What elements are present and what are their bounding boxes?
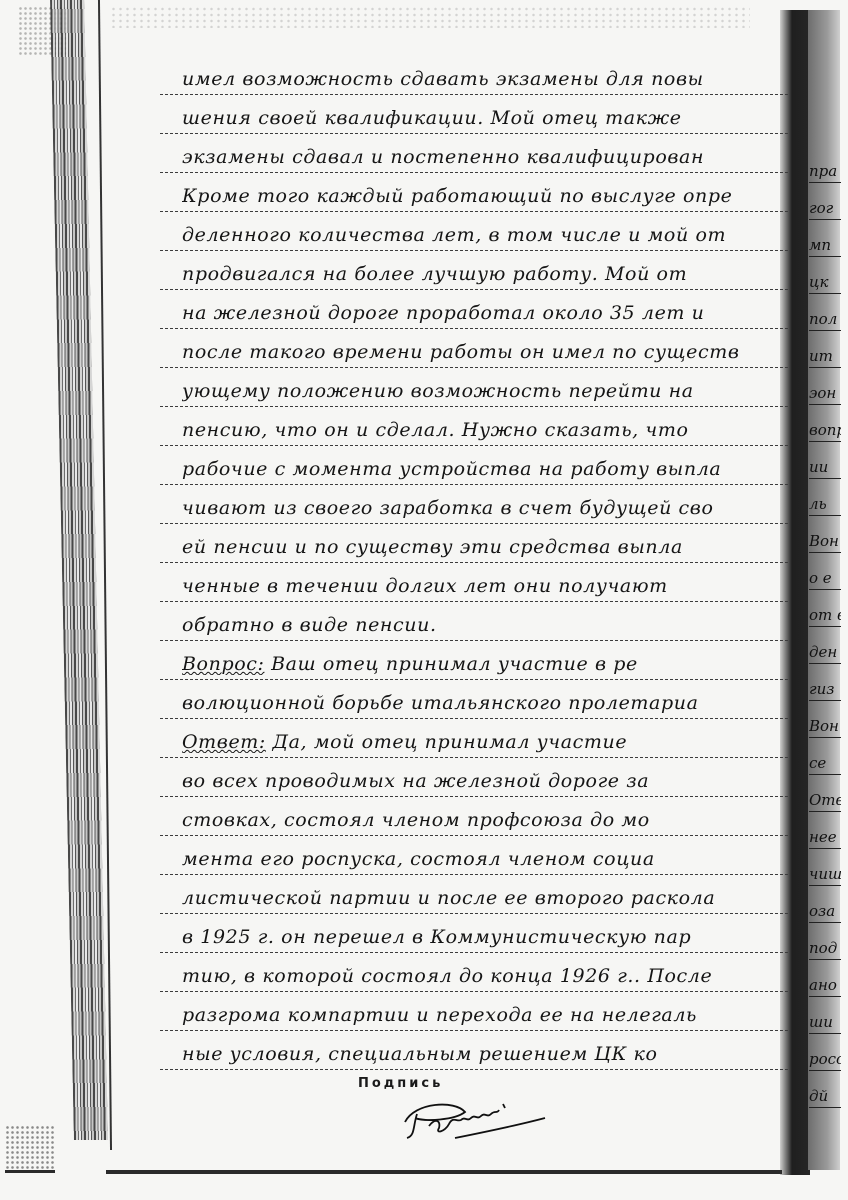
text-line: экзамены сдавал и постепенно квалифициро… bbox=[160, 134, 788, 173]
question-answer-label: Вопрос: bbox=[182, 653, 264, 675]
line-content: разгрома компартии и перехода ее на неле… bbox=[182, 1004, 697, 1026]
handwritten-line-text: Вопрос: Ваш отец принимал участие в ре bbox=[182, 653, 788, 675]
line-content: ные условия, специальным решением ЦК ко bbox=[182, 1043, 658, 1065]
line-content: имел возможность сдавать экзамены для по… bbox=[182, 68, 704, 90]
text-line: рабочие с момента устройства на работу в… bbox=[160, 446, 788, 485]
line-content: после такого времени работы он имел по с… bbox=[182, 341, 740, 363]
adjacent-page-fragment: мп bbox=[809, 234, 841, 257]
handwritten-line-text: в 1925 г. он перешел в Коммунистическую … bbox=[182, 926, 788, 948]
handwritten-line-text: волюционной борьбе итальянского пролетар… bbox=[182, 692, 788, 714]
handwritten-text-block: имел возможность сдавать экзамены для по… bbox=[160, 56, 788, 1070]
adjacent-page-fragment: чиш bbox=[809, 863, 841, 886]
adjacent-page-fragment: ль bbox=[809, 493, 841, 516]
text-line: мента его роспуска, состоял членом социа bbox=[160, 836, 788, 875]
line-content: шения своей квалификации. Мой отец также bbox=[182, 107, 682, 129]
handwritten-line-text: после такого времени работы он имел по с… bbox=[182, 341, 788, 363]
adjacent-page-fragment: ден bbox=[809, 641, 841, 664]
text-line: разгрома компартии и перехода ее на неле… bbox=[160, 992, 788, 1031]
text-line: обратно в виде пенсии. bbox=[160, 602, 788, 641]
line-content: стовках, состоял членом профсоюза до мо bbox=[182, 809, 650, 831]
adjacent-page-fragment: от в bbox=[809, 604, 841, 627]
handwritten-line-text: пенсию, что он и сделал. Нужно сказать, … bbox=[182, 419, 788, 441]
handwritten-line-text: обратно в виде пенсии. bbox=[182, 614, 788, 636]
line-content: в 1925 г. он перешел в Коммунистическую … bbox=[182, 926, 691, 948]
adjacent-page-fragment: о е bbox=[809, 567, 841, 590]
adjacent-page-fragment: ии bbox=[809, 456, 841, 479]
handwritten-line-text: деленного количества лет, в том числе и … bbox=[182, 224, 788, 246]
line-content: на железной дороге проработал около 35 л… bbox=[182, 302, 705, 324]
text-line: во всех проводимых на железной дороге за bbox=[160, 758, 788, 797]
line-content: листической партии и после ее второго ра… bbox=[182, 887, 715, 909]
handwritten-line-text: ные условия, специальным решением ЦК ко bbox=[182, 1043, 788, 1065]
handwritten-line-text: имел возможность сдавать экзамены для по… bbox=[182, 68, 788, 90]
text-line: ующему положению возможность перейти на bbox=[160, 368, 788, 407]
line-content: Кроме того каждый работающий по выслуге … bbox=[182, 185, 732, 207]
adjacent-page-fragment: вопр bbox=[809, 419, 841, 442]
adjacent-page-fragment: эон bbox=[809, 382, 841, 405]
adjacent-page-fragment: росс bbox=[809, 1048, 841, 1071]
line-content: обратно в виде пенсии. bbox=[182, 614, 437, 636]
line-content: ующему положению возможность перейти на bbox=[182, 380, 694, 402]
handwritten-line-text: чивают из своего заработка в счет будуще… bbox=[182, 497, 788, 519]
adjacent-page-fragment: пра bbox=[809, 160, 841, 183]
handwritten-line-text: шения своей квалификации. Мой отец также bbox=[182, 107, 788, 129]
text-line: тию, в которой состоял до конца 1926 г..… bbox=[160, 953, 788, 992]
adjacent-page-fragment: пол bbox=[809, 308, 841, 331]
text-line: в 1925 г. он перешел в Коммунистическую … bbox=[160, 914, 788, 953]
text-line: на железной дороге проработал около 35 л… bbox=[160, 290, 788, 329]
line-content: мента его роспуска, состоял членом социа bbox=[182, 848, 655, 870]
text-line: Вопрос: Ваш отец принимал участие в ре bbox=[160, 641, 788, 680]
text-line: Кроме того каждый работающий по выслуге … bbox=[160, 173, 788, 212]
handwritten-line-text: ующему положению возможность перейти на bbox=[182, 380, 788, 402]
text-line: ченные в течении долгих лет они получают bbox=[160, 563, 788, 602]
text-line: продвигался на более лучшую работу. Мой … bbox=[160, 251, 788, 290]
handwritten-line-text: мента его роспуска, состоял членом социа bbox=[182, 848, 788, 870]
text-line: ные условия, специальным решением ЦК ко bbox=[160, 1031, 788, 1070]
text-line: имел возможность сдавать экзамены для по… bbox=[160, 56, 788, 95]
adjacent-page-fragment: гог bbox=[809, 197, 841, 220]
handwritten-line-text: Кроме того каждый работающий по выслуге … bbox=[182, 185, 788, 207]
line-content: чивают из своего заработка в счет будуще… bbox=[182, 497, 714, 519]
adjacent-page-fragment: гиз bbox=[809, 678, 841, 701]
text-line: после такого времени работы он имел по с… bbox=[160, 329, 788, 368]
line-content: Да, мой отец принимал участие bbox=[266, 731, 627, 753]
adjacent-page-fragment: Отв bbox=[809, 789, 841, 812]
handwritten-line-text: разгрома компартии и перехода ее на неле… bbox=[182, 1004, 788, 1026]
handwritten-line-text: на железной дороге проработал около 35 л… bbox=[182, 302, 788, 324]
text-line: деленного количества лет, в том числе и … bbox=[160, 212, 788, 251]
line-content: экзамены сдавал и постепенно квалифициро… bbox=[182, 146, 704, 168]
adjacent-page-fragment: Вон bbox=[809, 530, 841, 553]
line-content: Ваш отец принимал участие в ре bbox=[264, 653, 637, 675]
signature-image bbox=[395, 1092, 555, 1142]
line-content: продвигался на более лучшую работу. Мой … bbox=[182, 263, 687, 285]
line-content: тию, в которой состоял до конца 1926 г..… bbox=[182, 965, 712, 987]
handwritten-line-text: экзамены сдавал и постепенно квалифициро… bbox=[182, 146, 788, 168]
handwritten-line-text: ей пенсии и по существу эти средства вып… bbox=[182, 536, 788, 558]
line-content: во всех проводимых на железной дороге за bbox=[182, 770, 649, 792]
adjacent-page-fragment: ит bbox=[809, 345, 841, 368]
handwritten-line-text: листической партии и после ее второго ра… bbox=[182, 887, 788, 909]
handwritten-line-text: Ответ: Да, мой отец принимал участие bbox=[182, 731, 788, 753]
text-line: ей пенсии и по существу эти средства вып… bbox=[160, 524, 788, 563]
line-content: ченные в течении долгих лет они получают bbox=[182, 575, 668, 597]
adjacent-page-fragment: нее bbox=[809, 826, 841, 849]
line-content: деленного количества лет, в том числе и … bbox=[182, 224, 726, 246]
text-line: волюционной борьбе итальянского пролетар… bbox=[160, 680, 788, 719]
question-answer-label: Ответ: bbox=[182, 731, 266, 753]
handwritten-line-text: продвигался на более лучшую работу. Мой … bbox=[182, 263, 788, 285]
handwritten-line-text: рабочие с момента устройства на работу в… bbox=[182, 458, 788, 480]
scan-noise-top bbox=[110, 6, 750, 28]
text-line: листической партии и после ее второго ра… bbox=[160, 875, 788, 914]
handwritten-line-text: стовках, состоял членом профсоюза до мо bbox=[182, 809, 788, 831]
text-line: чивают из своего заработка в счет будуще… bbox=[160, 485, 788, 524]
signature-label: Подпись bbox=[358, 1076, 443, 1091]
line-content: рабочие с момента устройства на работу в… bbox=[182, 458, 721, 480]
text-line: пенсию, что он и сделал. Нужно сказать, … bbox=[160, 407, 788, 446]
adjacent-page-fragment: дй bbox=[809, 1085, 841, 1108]
text-line: стовках, состоял членом профсоюза до мо bbox=[160, 797, 788, 836]
page-corner bbox=[5, 1125, 55, 1173]
text-line: шения своей квалификации. Мой отец также bbox=[160, 95, 788, 134]
text-line: Ответ: Да, мой отец принимал участие bbox=[160, 719, 788, 758]
adjacent-page-fragment: под bbox=[809, 937, 841, 960]
handwritten-line-text: во всех проводимых на железной дороге за bbox=[182, 770, 788, 792]
adjacent-page-fragment: оза bbox=[809, 900, 841, 923]
line-content: ей пенсии и по существу эти средства вып… bbox=[182, 536, 683, 558]
adjacent-page-fragment: Вон bbox=[809, 715, 841, 738]
adjacent-page-fragment: ши bbox=[809, 1011, 841, 1034]
adjacent-page-fragment: ано bbox=[809, 974, 841, 997]
adjacent-page-fragment: цк bbox=[809, 271, 841, 294]
line-content: волюционной борьбе итальянского пролетар… bbox=[182, 692, 699, 714]
adjacent-page-fragment: се bbox=[809, 752, 841, 775]
handwritten-line-text: ченные в течении долгих лет они получают bbox=[182, 575, 788, 597]
handwritten-line-text: тию, в которой состоял до конца 1926 г..… bbox=[182, 965, 788, 987]
line-content: пенсию, что он и сделал. Нужно сказать, … bbox=[182, 419, 689, 441]
